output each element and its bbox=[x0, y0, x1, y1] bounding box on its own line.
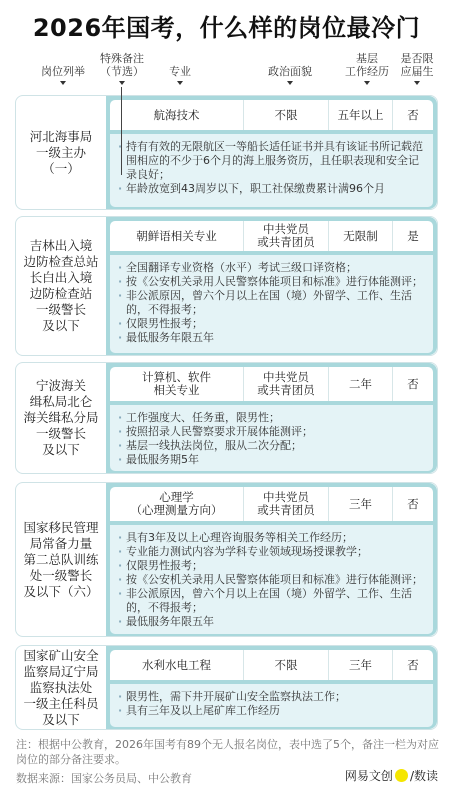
attributes-row: 计算机、软件相关专业 中共党员或共青团员 二年 否 bbox=[110, 367, 433, 401]
experience-cell: 二年 bbox=[329, 367, 393, 401]
arrow-down-icon bbox=[177, 81, 183, 85]
position-name: 国家矿山安全 监察局辽宁局 监察执法处 一级主任科员 及以下 bbox=[16, 646, 106, 729]
fresh-grad-cell: 否 bbox=[393, 100, 433, 130]
note-item: 非公派原因，曾六个月以上在国（境）外留学、工作、生活的，不得报考； bbox=[118, 587, 425, 615]
position-name: 河北海事局 一级主办 （一） bbox=[16, 96, 106, 209]
note-item: 工作强度大、任务重，限男性； bbox=[118, 411, 425, 425]
position-details: 水利水电工程 不限 三年 否 限男性，需下井开展矿山安全监察执法工作； 具有三年… bbox=[106, 646, 437, 729]
position-card: 宁波海关 缉私局北仑 海关缉私分局 一级警长 及以下 计算机、软件相关专业 中共… bbox=[15, 362, 438, 474]
col-header-position: 岗位列举 bbox=[28, 65, 98, 85]
col-header-notes: 特殊备注 （节选） bbox=[91, 52, 153, 85]
position-name: 国家移民管理 局常备力量 第二总队训练 处一级警长 及以下（六） bbox=[16, 483, 106, 636]
col-header-political: 政治面貌 bbox=[256, 65, 324, 85]
note-item: 最低服务年限五年 bbox=[118, 615, 425, 629]
arrow-down-icon bbox=[364, 81, 370, 85]
position-name: 宁波海关 缉私局北仑 海关缉私分局 一级警长 及以下 bbox=[16, 363, 106, 473]
note-item: 限男性，需下井开展矿山安全监察执法工作； bbox=[118, 690, 425, 704]
note-item: 持有有效的无限航区一等船长适任证书并具有该证书所记载范围相应的不少于6个月的海上… bbox=[118, 140, 425, 182]
experience-cell: 三年 bbox=[329, 650, 393, 680]
notes-box: 限男性，需下井开展矿山安全监察执法工作； 具有三年及以上尾矿库工作经历 bbox=[110, 684, 433, 727]
position-card: 吉林出入境 边防检查总站 长白出入境 边防检查站 一级警长 及以下 朝鲜语相关专… bbox=[15, 216, 438, 356]
fresh-grad-cell: 是 bbox=[393, 221, 433, 251]
position-name: 吉林出入境 边防检查总站 长白出入境 边防检查站 一级警长 及以下 bbox=[16, 217, 106, 355]
note-item: 按《公安机关录用人民警察体能项目和标准》进行体能测评； bbox=[118, 573, 425, 587]
arrow-down-icon bbox=[414, 81, 420, 85]
attributes-row: 朝鲜语相关专业 中共党员或共青团员 无限制 是 bbox=[110, 221, 433, 251]
note-item: 最低服务期5年 bbox=[118, 453, 425, 467]
position-details: 心理学（心理测量方向） 中共党员或共青团员 三年 否 具有3年及以上心理咨询服务… bbox=[106, 483, 437, 636]
major-cell: 心理学（心理测量方向） bbox=[110, 487, 244, 521]
political-cell: 中共党员或共青团员 bbox=[244, 367, 329, 401]
position-card: 国家移民管理 局常备力量 第二总队训练 处一级警长 及以下（六） 心理学（心理测… bbox=[15, 482, 438, 637]
col-header-fresh-grad: 是否限 应届生 bbox=[396, 52, 438, 85]
notes-box: 全国翻译专业资格（水平）考试三级口译资格； 按《公安机关录用人民警察体能项目和标… bbox=[110, 255, 433, 353]
experience-cell: 三年 bbox=[329, 487, 393, 521]
political-cell: 不限 bbox=[244, 650, 329, 680]
note-item: 全国翻译专业资格（水平）考试三级口译资格； bbox=[118, 261, 425, 275]
note-item: 基层一线执法岗位，服从二次分配； bbox=[118, 439, 425, 453]
note-item: 具有三年及以上尾矿库工作经历 bbox=[118, 704, 425, 718]
position-details: 计算机、软件相关专业 中共党员或共青团员 二年 否 工作强度大、任务重，限男性；… bbox=[106, 363, 437, 473]
note-item: 按《公安机关录用人民警察体能项目和标准》进行体能测评； bbox=[118, 275, 425, 289]
major-cell: 航海技术 bbox=[110, 100, 244, 130]
experience-cell: 无限制 bbox=[329, 221, 393, 251]
note-item: 年龄放宽到43周岁以下，职工社保缴费累计满96个月 bbox=[118, 182, 425, 196]
major-cell: 朝鲜语相关专业 bbox=[110, 221, 244, 251]
notes-box: 持有有效的无限航区一等船长适任证书并具有该证书所记载范围相应的不少于6个月的海上… bbox=[110, 134, 433, 207]
note-item: 按照招录人民警察要求开展体能测评； bbox=[118, 425, 425, 439]
notes-box: 具有3年及以上心理咨询服务等相关工作经历； 专业能力测试内容为学科专业领域现场授… bbox=[110, 525, 433, 634]
major-cell: 计算机、软件相关专业 bbox=[110, 367, 244, 401]
major-cell: 水利水电工程 bbox=[110, 650, 244, 680]
data-source: 数据来源：国家公务员局、中公教育 bbox=[16, 770, 192, 786]
position-details: 航海技术 不限 五年以上 否 持有有效的无限航区一等船长适任证书并具有该证书所记… bbox=[106, 96, 437, 209]
fresh-grad-cell: 否 bbox=[393, 650, 433, 680]
note-item: 非公派原因，曾六个月以上在国（境）外留学、工作、生活的，不得报考； bbox=[118, 289, 425, 317]
fresh-grad-cell: 否 bbox=[393, 487, 433, 521]
fresh-grad-cell: 否 bbox=[393, 367, 433, 401]
footnote: 注：根据中公教育，2026年国考有89个无人报名岗位，表中选了5个，备注一栏为对… bbox=[16, 737, 440, 767]
notes-box: 工作强度大、任务重，限男性； 按照招录人民警察要求开展体能测评； 基层一线执法岗… bbox=[110, 405, 433, 471]
attributes-row: 水利水电工程 不限 三年 否 bbox=[110, 650, 433, 680]
position-details: 朝鲜语相关专业 中共党员或共青团员 无限制 是 全国翻译专业资格（水平）考试三级… bbox=[106, 217, 437, 355]
political-cell: 不限 bbox=[244, 100, 329, 130]
page-title: 2026年国考，什么样的岗位最冷门 bbox=[0, 8, 453, 43]
column-headers: 岗位列举 特殊备注 （节选） 专业 政治面貌 基层 工作经历 是否限 应届生 bbox=[0, 52, 453, 88]
arrow-down-icon bbox=[119, 81, 125, 85]
political-cell: 中共党员或共青团员 bbox=[244, 487, 329, 521]
note-item: 专业能力测试内容为学科专业领域现场授课教学； bbox=[118, 545, 425, 559]
col-header-major: 专业 bbox=[160, 65, 200, 85]
experience-cell: 五年以上 bbox=[329, 100, 393, 130]
attributes-row: 航海技术 不限 五年以上 否 bbox=[110, 100, 433, 130]
brand-dot-icon bbox=[395, 769, 408, 782]
attributes-row: 心理学（心理测量方向） 中共党员或共青团员 三年 否 bbox=[110, 487, 433, 521]
arrow-down-icon bbox=[287, 81, 293, 85]
connector-line bbox=[121, 87, 122, 175]
note-item: 最低服务年限五年 bbox=[118, 331, 425, 345]
political-cell: 中共党员或共青团员 bbox=[244, 221, 329, 251]
note-item: 具有3年及以上心理咨询服务等相关工作经历； bbox=[118, 531, 425, 545]
brand-logo: 网易文创 / 数读 bbox=[345, 767, 438, 784]
note-item: 仅限男性报考； bbox=[118, 317, 425, 331]
col-header-experience: 基层 工作经历 bbox=[337, 52, 397, 85]
note-item: 仅限男性报考； bbox=[118, 559, 425, 573]
position-card: 国家矿山安全 监察局辽宁局 监察执法处 一级主任科员 及以下 水利水电工程 不限… bbox=[15, 645, 438, 730]
arrow-down-icon bbox=[60, 81, 66, 85]
position-card: 河北海事局 一级主办 （一） 航海技术 不限 五年以上 否 持有有效的无限航区一… bbox=[15, 95, 438, 210]
